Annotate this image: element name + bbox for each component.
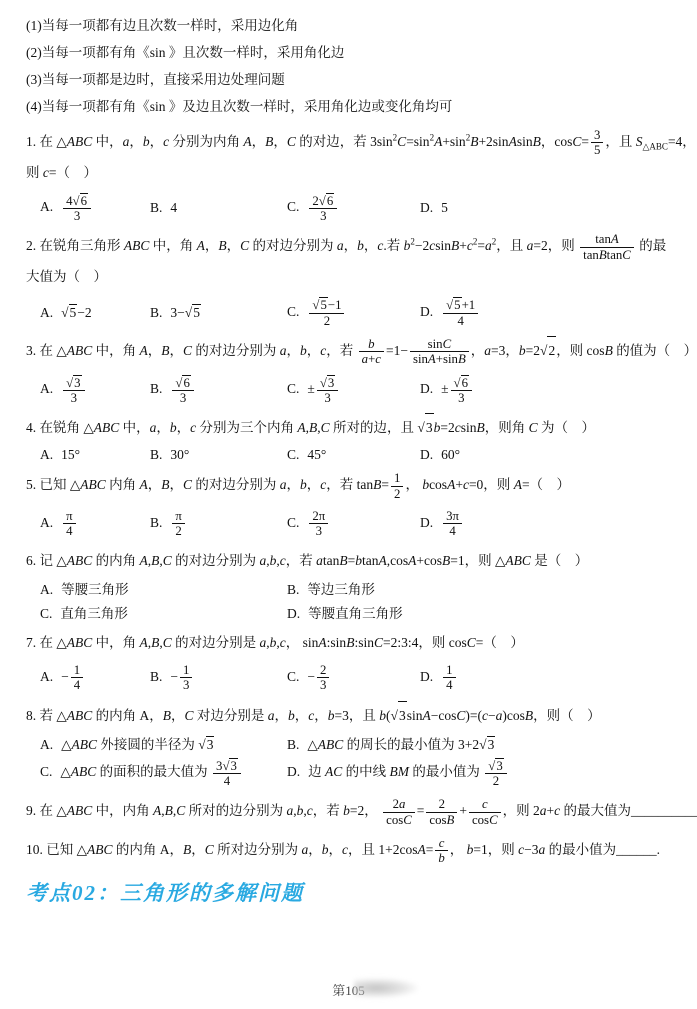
option-B: B.4 [150,200,287,216]
option-C: C.√5−12 [287,296,420,329]
option-C: C.2π3 [287,508,420,540]
fraction: π4 [63,509,75,539]
radical: √3 [479,736,495,753]
option-B: B.−13 [150,662,287,694]
section-heading: 考点02：三角形的多解问题 [26,877,679,907]
fraction: 2acosC [383,797,415,827]
option-value: √63 [170,381,195,396]
fraction: tanAtanBtanC [580,232,634,262]
option-value: ±√33 [307,381,340,396]
option-label: A. [40,669,53,684]
fraction: 3√34 [213,758,241,789]
option-D: D.等腰直角三角形 [287,602,679,622]
option-label: B. [150,305,162,320]
option-A: A.15° [40,447,150,463]
option-label: D. [287,606,300,621]
option-value: 2√63 [307,199,339,214]
option-value: ±√63 [441,381,474,396]
option-value: 边 AC 的中线 BM 的最小值为 √32 [308,764,509,779]
fraction: √5−12 [309,297,344,328]
option-label: D. [420,304,433,319]
question-stem: 大值为（ ） [26,263,679,290]
fraction: cb [435,836,447,866]
question-stem: 9. 在 △ABC 中，内角 A,B,C 所对的边分别为 a,b,c，若 b=2… [26,796,679,828]
option-B: B.30° [150,447,287,463]
option-A: A.等腰三角形 [40,578,287,598]
radical: √2 [540,336,556,364]
option-value: √5−2 [61,305,92,320]
question-stem: 3. 在 △ABC 中，角 A，B，C 的对边分别为 a，b，c，若 ba+c=… [26,336,679,368]
options-row: A.△ABC 外接圆的半径为 √3B.△ABC 的周长的最小值为 3+2√3 [40,733,679,753]
fraction: 3π4 [443,509,462,539]
options-row: A.−14B.−13C.−23D.14 [40,662,679,694]
option-label: B. [287,582,299,597]
option-value: 60° [441,447,460,462]
option-label: A. [40,381,53,396]
question-stem: 2. 在锐角三角形 ABC 中，角 A，B，C 的对边分别为 a，b，c.若 b… [26,231,679,263]
option-label: C. [287,381,299,396]
option-B: B.△ABC 的周长的最小值为 3+2√3 [287,733,679,753]
option-value: △ABC 的面积的最大值为 3√34 [60,764,243,779]
fraction: 2cosB [426,797,457,827]
fraction: √32 [485,758,506,789]
fraction: √33 [63,375,84,406]
option-A: A.√33 [40,374,150,407]
question-3: 3. 在 △ABC 中，角 A，B，C 的对边分别为 a，b，c，若 ba+c=… [26,336,679,406]
option-value: 等腰直角三角形 [308,606,403,621]
page-number-wrap: 第105 [328,980,369,999]
option-label: C. [287,199,299,214]
question-stem: 6. 记 △ABC 的内角 A,B,C 的对边分别为 a,b,c，若 atanB… [26,547,679,574]
fraction: √63 [451,375,472,406]
fraction: 14 [71,663,83,693]
fraction: 14 [443,663,455,693]
fraction: 23 [317,663,329,693]
option-C: C.直角三角形 [40,602,287,622]
option-value: 15° [61,447,80,462]
option-C: C.△ABC 的面积的最大值为 3√34 [40,757,287,790]
option-label: A. [40,447,53,462]
document-page: { "intro": { "lines": [ "(1)当每一项都有边且次数一样… [0,0,697,1009]
option-label: B. [150,447,162,462]
fraction: √5+14 [443,297,478,328]
option-label: A. [40,515,53,530]
question-stem: 5. 已知 △ABC 内角 A，B，C 的对边分别为 a，b，c，若 tanB=… [26,470,679,502]
fraction: 13 [180,663,192,693]
option-label: A. [40,199,53,214]
radical: √5 [61,304,77,321]
option-B: B.√63 [150,374,287,407]
option-label: A. [40,305,53,320]
option-B: B.等边三角形 [287,578,679,598]
question-4: 4. 在锐角 △ABC 中，a，b，c 分别为三个内角 A,B,C 所对的边，且… [26,413,679,463]
fraction: 2√63 [309,193,337,224]
option-label: A. [40,737,53,752]
option-value: △ABC 外接圆的半径为 √3 [61,737,214,752]
intro-line: (2)当每一项都有角《sin 》且次数一样时，采用角化边 [26,39,679,66]
option-label: A. [40,582,53,597]
option-A: A.π4 [40,508,150,540]
options-row: A.π4B.π2C.2π3D.3π4 [40,508,679,540]
fraction: 12 [391,471,403,501]
intro-notes: (1)当每一项都有边且次数一样时，采用边化角(2)当每一项都有角《sin 》且次… [26,12,679,120]
question-stem: 8. 若 △ABC 的内角 A，B，C 对边分别是 a，b，c，b=3，且 b(… [26,701,679,729]
option-label: C. [40,764,52,779]
radical: √3 [417,413,433,441]
options-row: C.△ABC 的面积的最大值为 3√34D.边 AC 的中线 BM 的最小值为 … [40,757,679,790]
option-D: D.√5+14 [420,296,679,329]
question-9: 9. 在 △ABC 中，内角 A,B,C 所对的边分别为 a,b,c，若 b=2… [26,796,679,828]
radical: √5 [446,297,461,312]
question-6: 6. 记 △ABC 的内角 A,B,C 的对边分别为 a,b,c，若 atanB… [26,547,679,622]
option-value: √5−12 [307,304,346,319]
option-label: B. [150,200,162,215]
option-label: B. [150,381,162,396]
option-value: √5+14 [441,304,480,319]
option-C: C.45° [287,447,420,463]
radical: √6 [73,193,88,208]
option-value: 14 [441,669,457,684]
question-stem: 10. 已知 △ABC 的内角 A，B，C 所对边分别为 a，b，c，且 1+2… [26,835,679,867]
fraction: √63 [172,375,193,406]
option-value: 4 [170,200,177,215]
radical: √3 [391,701,407,729]
option-label: B. [150,515,162,530]
options-row: A.√5−2B.3−√5C.√5−12D.√5+14 [40,296,679,329]
option-A: A.√5−2 [40,304,150,321]
option-value: 等腰三角形 [61,582,129,597]
option-label: D. [420,447,433,462]
question-8: 8. 若 △ABC 的内角 A，B，C 对边分别是 a，b，c，b=3，且 b(… [26,701,679,790]
options-row: A.15°B.30°C.45°D.60° [40,447,679,463]
option-D: D.边 AC 的中线 BM 的最小值为 √32 [287,757,679,790]
option-value: 3−√5 [170,305,201,320]
question-stem: 7. 在 △ABC 中，角 A,B,C 的对边分别是 a,b,c， sinA:s… [26,629,679,656]
option-label: D. [420,669,433,684]
option-value: △ABC 的周长的最小值为 3+2√3 [307,737,495,752]
option-label: C. [287,447,299,462]
intro-line: (3)当每一项都是边时，直接采用边处理问题 [26,66,679,93]
option-value: 3π4 [441,515,464,530]
question-stem: 4. 在锐角 △ABC 中，a，b，c 分别为三个内角 A,B,C 所对的边，且… [26,413,679,441]
options-row: A.等腰三角形B.等边三角形 [40,578,679,598]
option-C: C.2√63 [287,192,420,225]
question-7: 7. 在 △ABC 中，角 A,B,C 的对边分别是 a,b,c， sinA:s… [26,629,679,694]
option-value: 直角三角形 [60,606,128,621]
option-D: D.60° [420,447,679,463]
option-D: D.14 [420,662,679,694]
radical: √3 [488,758,503,773]
option-label: C. [40,606,52,621]
option-D: D.3π4 [420,508,679,540]
options-row: A.√33B.√63C.±√33D.±√63 [40,374,679,407]
option-A: A.4√63 [40,192,150,225]
option-B: B.π2 [150,508,287,540]
option-D: D.5 [420,200,679,216]
option-A: A.−14 [40,662,150,694]
option-label: C. [287,304,299,319]
option-value: 45° [307,447,326,462]
radical: √3 [320,375,335,390]
option-label: B. [150,669,162,684]
fraction: ccosC [469,797,501,827]
fraction: 4√63 [63,193,91,224]
radical: √3 [66,375,81,390]
fraction: 35 [591,128,603,158]
option-value: 30° [170,447,189,462]
question-5: 5. 已知 △ABC 内角 A，B，C 的对边分别为 a，b，c，若 tanB=… [26,470,679,539]
options-row: A.4√63B.4C.2√63D.5 [40,192,679,225]
option-value: −13 [170,669,194,684]
fraction: sinCsinA+sinB [410,337,469,367]
questions: 1. 在 △ABC 中，a，b，c 分别为内角 A，B，C 的对边，若 3sin… [26,127,679,867]
question-stem: 则 c=（ ） [26,159,679,186]
option-D: D.±√63 [420,374,679,407]
option-B: B.3−√5 [150,304,287,321]
option-value: π4 [61,515,77,530]
radical: √3 [222,758,237,773]
option-value: √33 [61,381,86,396]
page-number: 第105 [332,983,365,998]
options-row: C.直角三角形D.等腰直角三角形 [40,602,679,622]
page-footer: 第105 [0,980,697,999]
option-label: B. [287,737,299,752]
option-label: D. [420,381,433,396]
intro-line: (1)当每一项都有边且次数一样时，采用边化角 [26,12,679,39]
option-A: A.△ABC 外接圆的半径为 √3 [40,733,287,753]
radical: √3 [198,736,214,753]
question-10: 10. 已知 △ABC 的内角 A，B，C 所对边分别为 a，b，c，且 1+2… [26,835,679,867]
fraction: 2π3 [309,509,328,539]
option-C: C.±√33 [287,374,420,407]
radical: √6 [319,193,334,208]
option-label: C. [287,515,299,530]
intro-line: (4)当每一项都有角《sin 》及边且次数一样时，采用角化边或变化角均可 [26,93,679,120]
option-value: 2π3 [307,515,330,530]
question-stem: 1. 在 △ABC 中，a，b，c 分别为内角 A，B，C 的对边，若 3sin… [26,127,679,159]
option-value: −23 [307,669,331,684]
fraction: √33 [317,375,338,406]
option-label: C. [287,669,299,684]
option-value: π2 [170,515,186,530]
option-value: 4√63 [61,199,93,214]
fraction: π2 [172,509,184,539]
fraction: ba+c [359,337,384,367]
option-C: C.−23 [287,662,420,694]
option-value: 等边三角形 [307,582,375,597]
radical: √5 [312,297,327,312]
radical: √5 [185,304,201,321]
radical: √6 [175,375,190,390]
radical: √6 [454,375,469,390]
option-label: D. [420,200,433,215]
option-label: D. [287,764,300,779]
option-label: D. [420,515,433,530]
question-2: 2. 在锐角三角形 ABC 中，角 A，B，C 的对边分别为 a，b，c.若 b… [26,231,679,328]
question-1: 1. 在 △ABC 中，a，b，c 分别为内角 A，B，C 的对边，若 3sin… [26,127,679,224]
option-value: 5 [441,200,448,215]
option-value: −14 [61,669,85,684]
